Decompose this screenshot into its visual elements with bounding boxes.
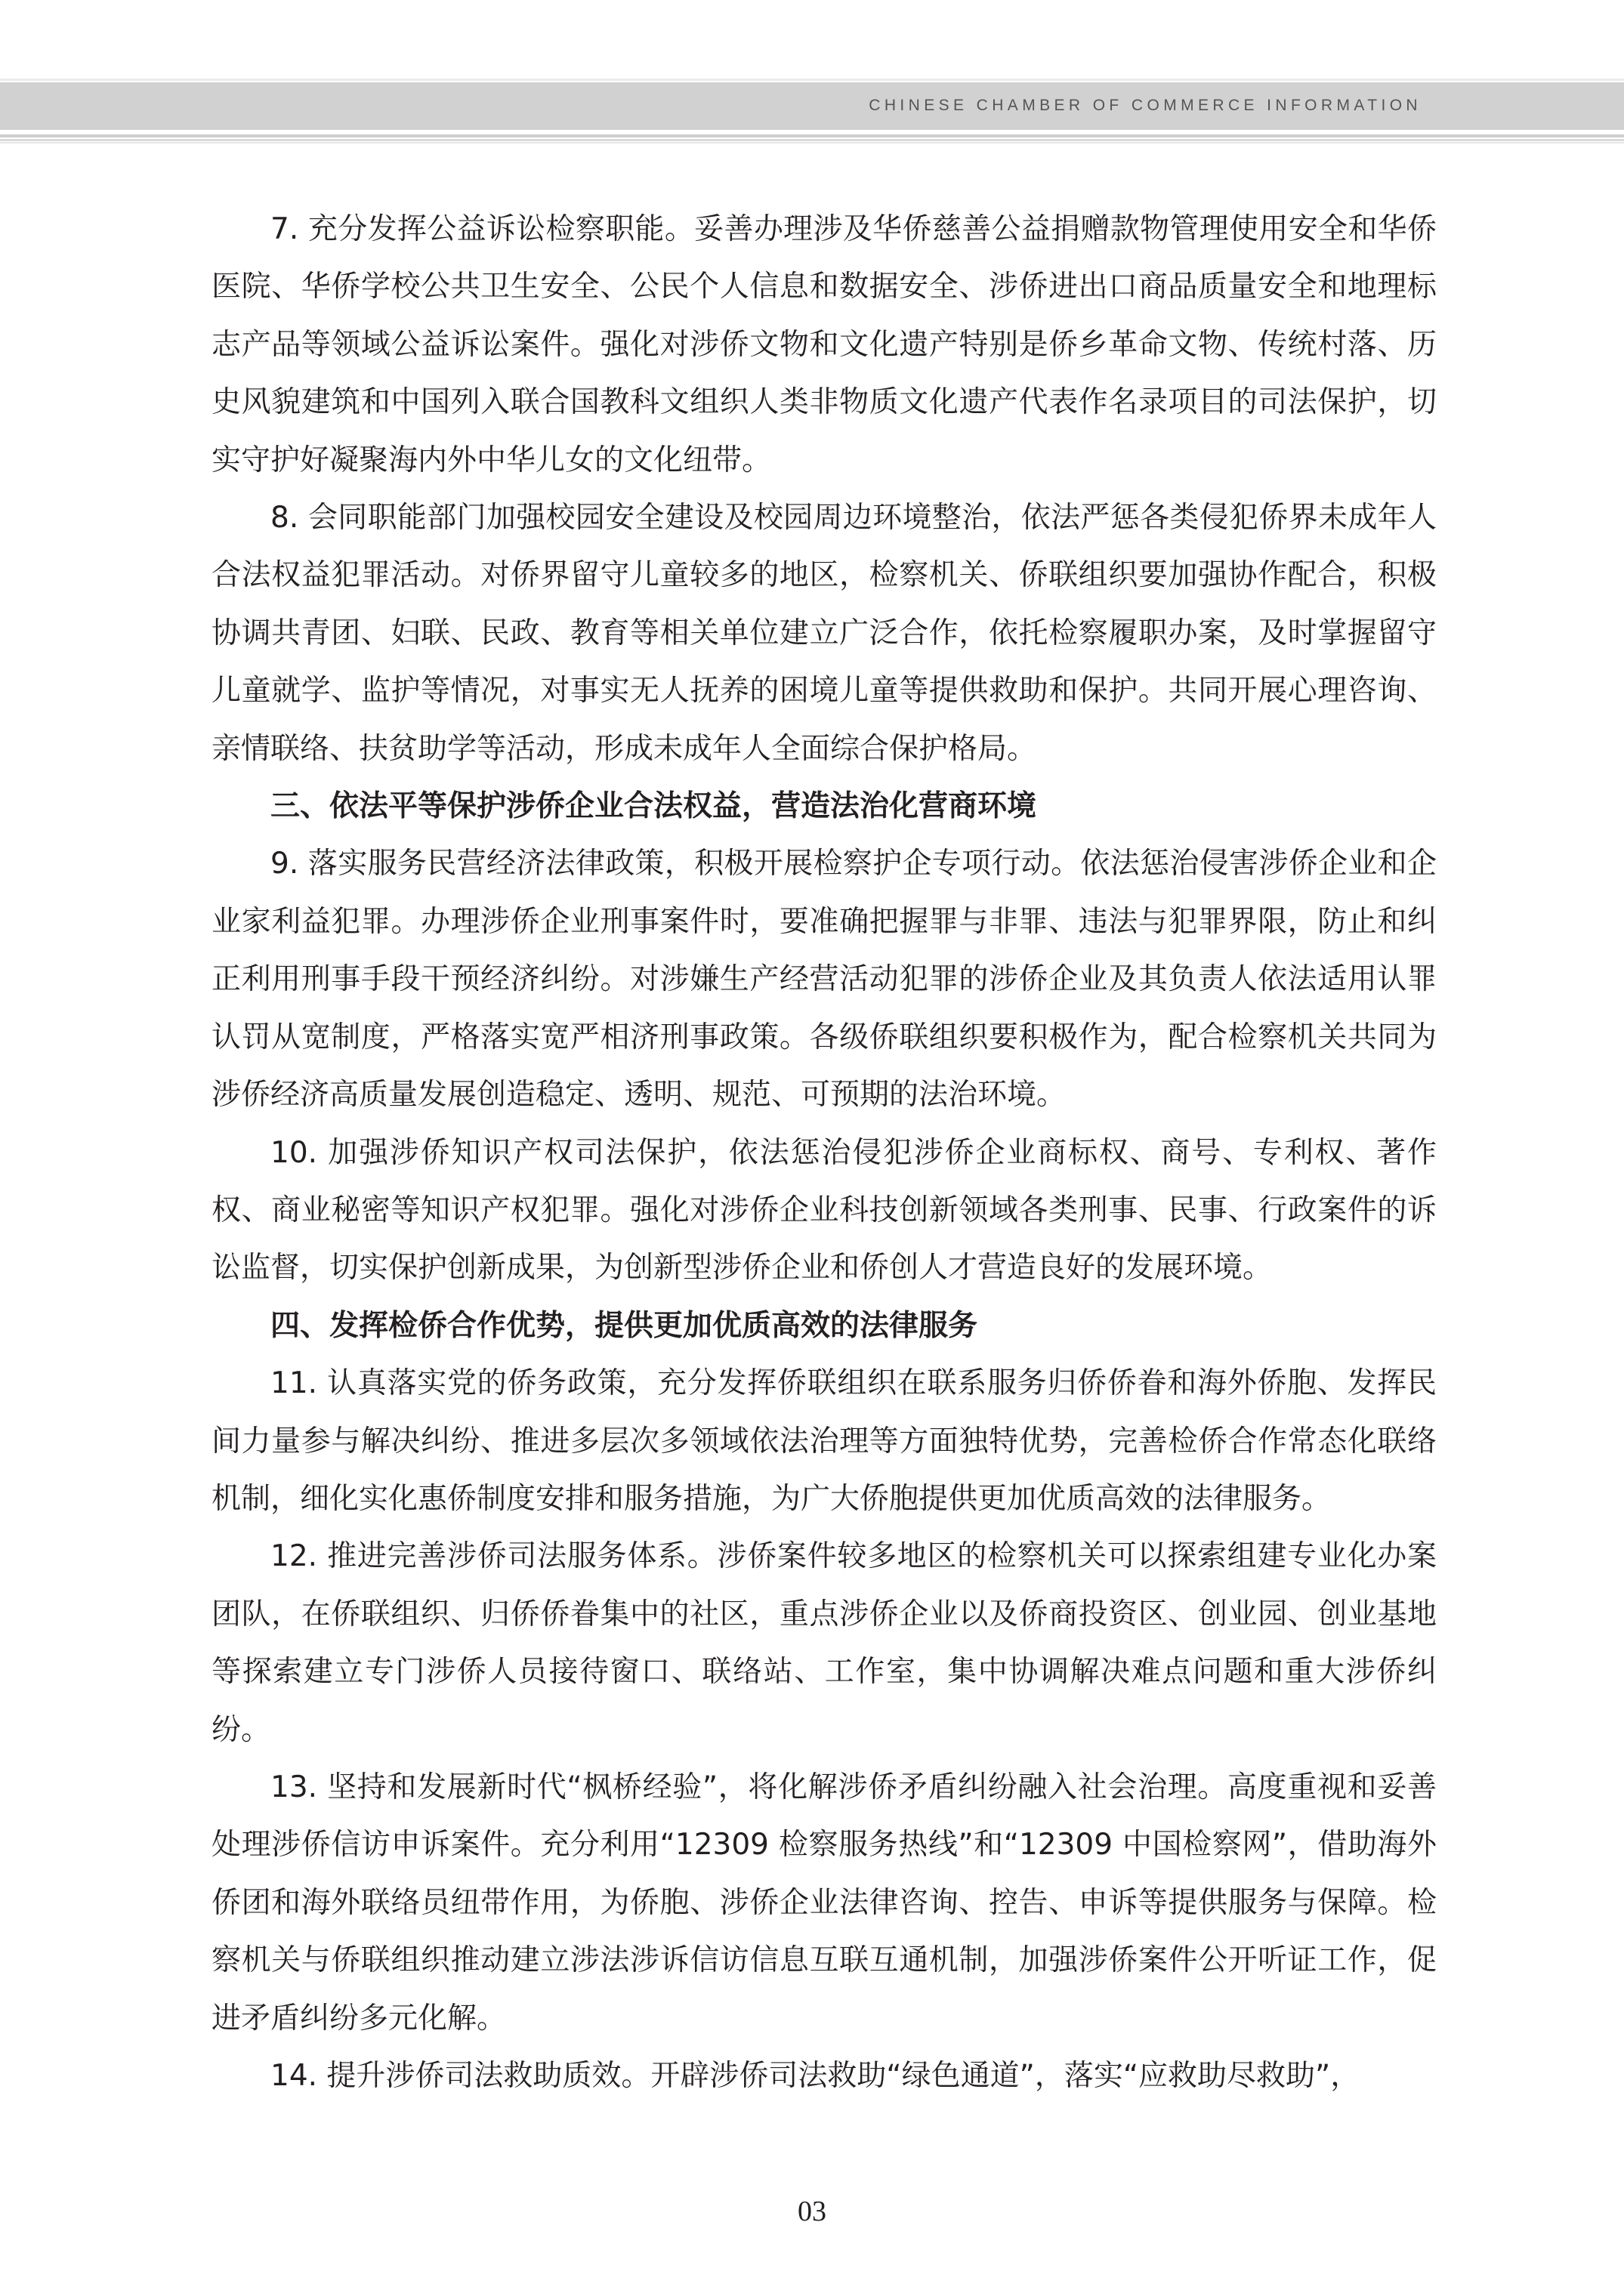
article-body: 7. 充分发挥公益诉讼检察职能。妥善办理涉及华侨慈善公益捐赠款物管理使用安全和华… — [211, 201, 1437, 2105]
header-rule — [0, 134, 1624, 137]
header-rule — [0, 139, 1624, 141]
paragraph-item-10: 10. 加强涉侨知识产权司法保护，依法惩治侵犯涉侨企业商标权、商号、专利权、著作… — [211, 1125, 1437, 1298]
page-number: 03 — [0, 2195, 1624, 2228]
paragraph-item-13: 13. 坚持和发展新时代“枫桥经验”，将化解涉侨矛盾纠纷融入社会治理。高度重视和… — [211, 1759, 1437, 2048]
header-rule — [0, 142, 1624, 144]
paragraph-item-12: 12. 推进完善涉侨司法服务体系。涉侨案件较多地区的检察机关可以探索组建专业化办… — [211, 1528, 1437, 1759]
paragraph-item-9: 9. 落实服务民营经济法律政策，积极开展检察护企专项行动。依法惩治侵害涉侨企业和… — [211, 835, 1437, 1124]
paragraph-item-7: 7. 充分发挥公益诉讼检察职能。妥善办理涉及华侨慈善公益捐赠款物管理使用安全和华… — [211, 201, 1437, 489]
paragraph-item-8: 8. 会同职能部门加强校园安全建设及校园周边环境整治，依法严惩各类侵犯侨界未成年… — [211, 489, 1437, 778]
section-heading-3: 三、依法平等保护涉侨企业合法权益，营造法治化营商环境 — [211, 778, 1437, 835]
header-top-line — [0, 79, 1624, 81]
publication-title: CHINESE CHAMBER OF COMMERCE INFORMATION — [869, 97, 1422, 115]
paragraph-item-14: 14. 提升涉侨司法救助质效。开辟涉侨司法救助“绿色通道”，落实“应救助尽救助”… — [211, 2048, 1437, 2105]
section-heading-4: 四、发挥检侨合作优势，提供更加优质高效的法律服务 — [211, 1298, 1437, 1355]
paragraph-item-11: 11. 认真落实党的侨务政策，充分发挥侨联组织在联系服务归侨侨眷和海外侨胞、发挥… — [211, 1355, 1437, 1528]
